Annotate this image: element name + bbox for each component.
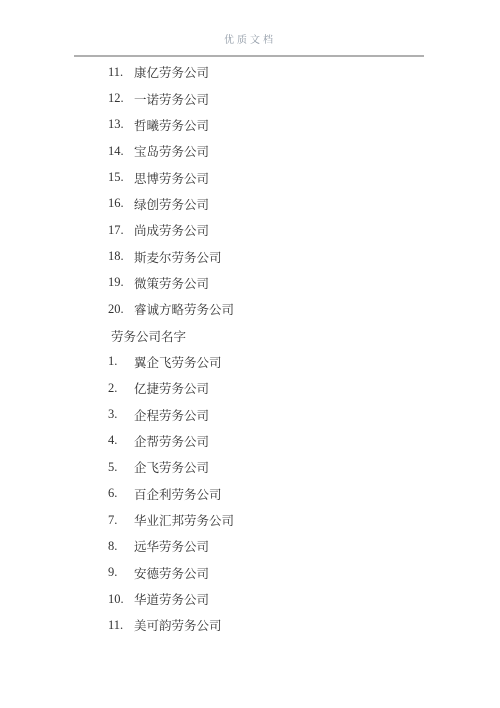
- item-text: 翼企飞劳务公司: [134, 353, 222, 371]
- list-item: 17. 尚成劳务公司: [108, 217, 480, 243]
- list-item: 14. 宝岛劳务公司: [108, 138, 480, 164]
- item-number: 6.: [108, 486, 134, 501]
- list-item: 6. 百企利劳务公司: [108, 481, 480, 507]
- item-text: 哲曦劳务公司: [134, 116, 209, 134]
- list-item: 4. 企帮劳务公司: [108, 428, 480, 454]
- list-item: 12. 一诺劳务公司: [108, 85, 480, 111]
- list-item: 11. 康亿劳务公司: [108, 59, 480, 85]
- item-text: 华道劳务公司: [134, 590, 209, 608]
- item-number: 13.: [108, 117, 134, 132]
- list-item: 16. 绿创劳务公司: [108, 191, 480, 217]
- list-item: 1. 翼企飞劳务公司: [108, 349, 480, 375]
- item-text: 康亿劳务公司: [134, 63, 209, 81]
- list-item: 8. 远华劳务公司: [108, 533, 480, 559]
- item-number: 12.: [108, 91, 134, 106]
- item-number: 19.: [108, 275, 134, 290]
- item-number: 7.: [108, 513, 134, 528]
- document-body: 11. 康亿劳务公司 12. 一诺劳务公司 13. 哲曦劳务公司 14. 宝岛劳…: [108, 59, 480, 639]
- item-number: 15.: [108, 170, 134, 185]
- item-number: 3.: [108, 407, 134, 422]
- item-number: 20.: [108, 302, 134, 317]
- list-item: 15. 思博劳务公司: [108, 164, 480, 190]
- item-number: 8.: [108, 539, 134, 554]
- item-text: 华业汇邦劳务公司: [134, 511, 234, 529]
- list-item: 10. 华道劳务公司: [108, 586, 480, 612]
- item-number: 5.: [108, 460, 134, 475]
- item-number: 18.: [108, 249, 134, 264]
- item-text: 一诺劳务公司: [134, 90, 209, 108]
- item-text: 宝岛劳务公司: [134, 142, 209, 160]
- item-text: 美可韵劳务公司: [134, 616, 222, 634]
- list-item: 11. 美可韵劳务公司: [108, 612, 480, 638]
- item-text: 企程劳务公司: [134, 406, 209, 424]
- item-text: 远华劳务公司: [134, 537, 209, 555]
- list-item: 13. 哲曦劳务公司: [108, 112, 480, 138]
- list-item: 9. 安德劳务公司: [108, 560, 480, 586]
- list-item: 5. 企飞劳务公司: [108, 454, 480, 480]
- item-number: 14.: [108, 144, 134, 159]
- item-text: 绿创劳务公司: [134, 195, 209, 213]
- list-item: 7. 华业汇邦劳务公司: [108, 507, 480, 533]
- item-text: 企帮劳务公司: [134, 432, 209, 450]
- item-text: 斯麦尔劳务公司: [134, 248, 222, 266]
- list-item: 3. 企程劳务公司: [108, 401, 480, 427]
- header-divider: [74, 55, 424, 57]
- item-number: 4.: [108, 433, 134, 448]
- numbered-list-part2: 1. 翼企飞劳务公司 2. 亿捷劳务公司 3. 企程劳务公司 4. 企帮劳务公司: [108, 349, 480, 639]
- list-item: 2. 亿捷劳务公司: [108, 375, 480, 401]
- item-text: 百企利劳务公司: [134, 485, 222, 503]
- list-item: 19. 微策劳务公司: [108, 270, 480, 296]
- item-text: 安德劳务公司: [134, 564, 209, 582]
- item-number: 11.: [108, 618, 134, 633]
- numbered-list-part1: 11. 康亿劳务公司 12. 一诺劳务公司 13. 哲曦劳务公司 14. 宝岛劳…: [108, 59, 480, 322]
- page-header: 优质文档: [0, 31, 500, 46]
- item-text: 睿诚方略劳务公司: [134, 300, 234, 318]
- item-number: 1.: [108, 354, 134, 369]
- item-number: 2.: [108, 381, 134, 396]
- item-number: 10.: [108, 592, 134, 607]
- document-page: 优质文档 11. 康亿劳务公司 12. 一诺劳务公司 13. 哲曦劳务公司: [0, 0, 500, 708]
- item-text: 微策劳务公司: [134, 274, 209, 292]
- item-number: 16.: [108, 196, 134, 211]
- list-item: 18. 斯麦尔劳务公司: [108, 243, 480, 269]
- item-text: 企飞劳务公司: [134, 458, 209, 476]
- item-text: 亿捷劳务公司: [134, 379, 209, 397]
- header-watermark-text: 优质文档: [224, 35, 276, 46]
- item-text: 尚成劳务公司: [134, 221, 209, 239]
- item-number: 17.: [108, 223, 134, 238]
- item-text: 思博劳务公司: [134, 169, 209, 187]
- section-heading: 劳务公司名字: [111, 322, 480, 348]
- item-number: 11.: [108, 65, 134, 80]
- list-item: 20. 睿诚方略劳务公司: [108, 296, 480, 322]
- item-number: 9.: [108, 565, 134, 580]
